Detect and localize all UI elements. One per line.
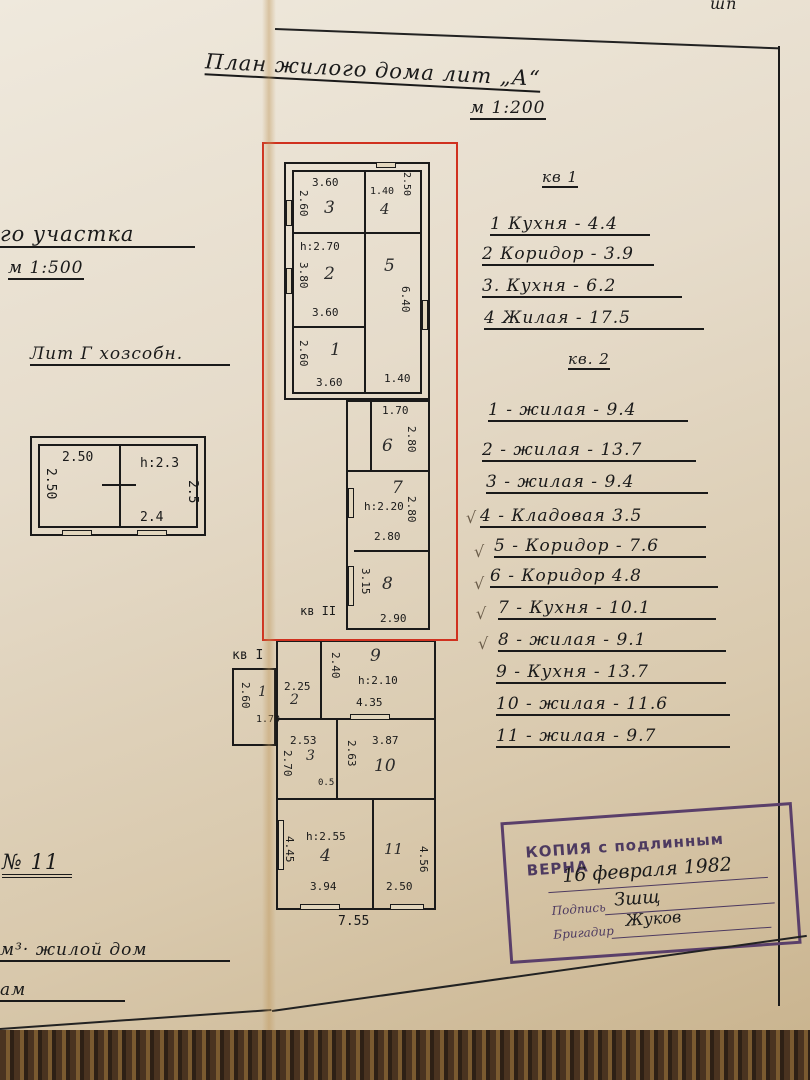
check-mark: √ [478, 634, 488, 653]
dim-l11-height: 4.56 [417, 846, 430, 873]
stamp-signature-label: Подпись [551, 900, 606, 918]
stamp-foreman-label: Бригадир [553, 924, 614, 942]
check-mark: √ [466, 508, 476, 527]
legend-kv2-item: 7 - Кухня - 10.1 [498, 598, 716, 620]
check-mark: √ [474, 542, 484, 561]
dim-l3-height: 2.70 [281, 750, 294, 777]
check-mark: √ [476, 604, 486, 623]
dim-l11-width: 2.50 [386, 880, 413, 893]
check-mark: √ [474, 574, 484, 593]
site-title: го участка [0, 222, 195, 248]
legend-kv2-item: 6 - Коридор 4.8 [490, 566, 718, 588]
outbuilding-dim-right-top: h:2.3 [140, 456, 179, 471]
legend-kv2-item: 11 - жилая - 9.7 [496, 726, 730, 748]
legend-kv2-item: 2 - жилая - 13.7 [482, 440, 696, 462]
certification-stamp: КОПИЯ с подлинным ВЕРНА 16 февраля 1982 … [500, 802, 801, 964]
stamp-foreman-signature: Жуков [625, 907, 682, 930]
dim-l9-height: 2.40 [329, 652, 342, 679]
legend-kv1-item: 1 Кухня - 4.4 [490, 214, 650, 236]
legend-kv2-header: кв. 2 [568, 350, 610, 370]
dim-l1-height: 2.60 [239, 682, 252, 709]
lower-room-number-10: 10 [374, 756, 396, 776]
highlight-box [262, 142, 458, 641]
dim-l3-width: 2.53 [290, 734, 317, 747]
sheet-top-edge [275, 28, 780, 49]
dim-l10-height: 2.63 [345, 740, 358, 767]
outbuilding-dim-right-bottom: 2.4 [140, 510, 163, 525]
background-surface [0, 1030, 810, 1080]
lower-room-number-3: 3 [306, 748, 315, 764]
dim-l3-small: 0.5 [318, 778, 334, 788]
outbuilding-label: Лит Г хозсобн. [30, 344, 230, 366]
plan-title: План жилого дома лит „А“ [205, 49, 542, 93]
dim-l4-height: 4.45 [283, 836, 296, 863]
dim-total-width: 7.55 [338, 914, 369, 929]
dim-l1-width: 1.70 [256, 714, 280, 725]
bottom-left-number: № 11 [2, 850, 72, 878]
legend-kv2-item: 4 - Кладовая 3.5 [480, 506, 706, 528]
dim-l9-width: 4.35 [356, 696, 383, 709]
legend-kv1-header: кв 1 [542, 168, 578, 188]
lower-room-number-4: 4 [320, 846, 331, 866]
sheet-bottom-edge [0, 1009, 271, 1030]
dim-l4-ceiling: h:2.55 [306, 830, 346, 843]
lower-room-number-9: 9 [370, 646, 381, 666]
legend-kv2-item: 5 - Коридор - 7.6 [494, 536, 706, 558]
document-paper: шп План жилого дома лит „А“ м 1:200 го у… [0, 0, 810, 1080]
lower-room-number-11: 11 [384, 840, 403, 858]
dim-l9-ceiling: h:2.10 [358, 674, 398, 687]
plan-scale: м 1:200 [470, 98, 546, 120]
kv1-lower-label: кв I [232, 648, 263, 663]
top-corner-fragment: шп [710, 0, 737, 13]
site-scale: м 1:500 [8, 258, 84, 280]
outbuilding-dim-right-side: 2.5 [185, 480, 200, 503]
bottom-left-line1: м³· жилой дом [0, 940, 230, 962]
bottom-left-line2: ам [0, 980, 125, 1002]
lower-room-number-1: 1 [258, 684, 267, 700]
outbuilding-dim-left-top: 2.50 [62, 450, 93, 465]
legend-kv2-item: 1 - жилая - 9.4 [488, 400, 688, 422]
legend-kv2-item: 3 - жилая - 9.4 [486, 472, 708, 494]
dim-l4-width: 3.94 [310, 880, 337, 893]
legend-kv2-item: 8 - жилая - 9.1 [498, 630, 726, 652]
legend-kv2-item: 9 - Кухня - 13.7 [496, 662, 726, 684]
stamp-signature: Зшщ [613, 886, 661, 910]
outbuilding-dim-left-side: 2.50 [43, 468, 58, 499]
legend-kv1-item: 2 Коридор - 3.9 [482, 244, 654, 266]
dim-l10-width: 3.87 [372, 734, 399, 747]
legend-kv1-item: 3. Кухня - 6.2 [482, 276, 682, 298]
legend-kv2-item: 10 - жилая - 11.6 [496, 694, 730, 716]
legend-kv1-item: 4 Жилая - 17.5 [484, 308, 704, 330]
lower-room-number-2: 2 [290, 692, 299, 708]
